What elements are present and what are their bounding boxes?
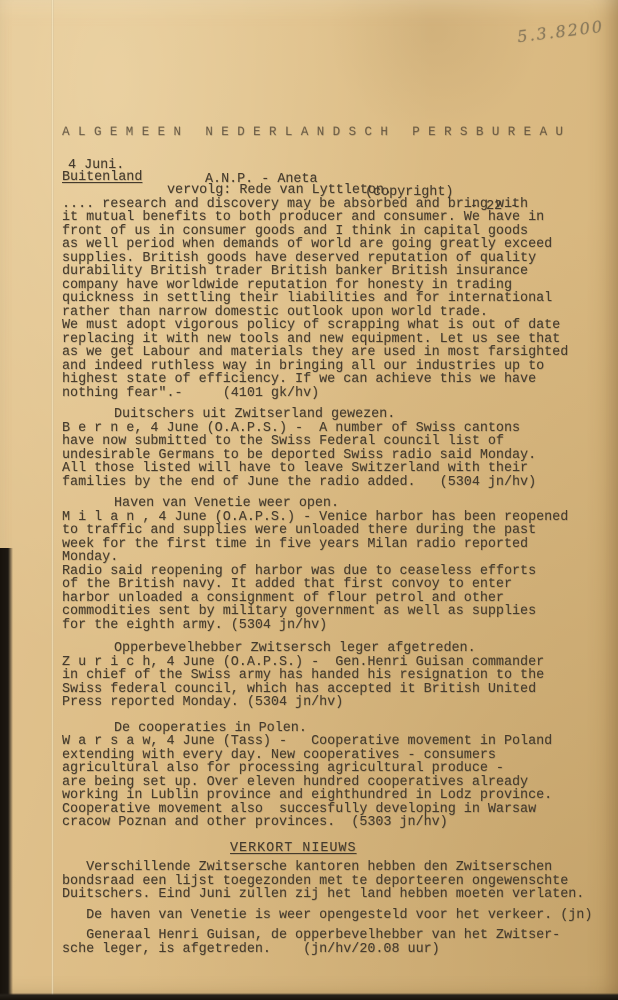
text-line: .... research and discovery may be absor… <box>62 198 610 212</box>
text-line: durability British trader British banker… <box>62 265 610 279</box>
text-line: families by the end of June the radio ad… <box>62 476 610 490</box>
text-line: B e r n e, 4 June (O.A.P.S.) - A number … <box>62 422 610 436</box>
news-item-body: B e r n e, 4 June (O.A.P.S.) - A number … <box>62 422 610 490</box>
text-line: in chief of the Swiss army has handed hi… <box>62 669 610 683</box>
news-item-heading: Haven van Venetie weer open. <box>114 497 610 511</box>
verkort-item: De haven van Venetie is weer opengesteld… <box>62 909 610 923</box>
text-line: quickness in settling their liabilities … <box>62 292 610 306</box>
text-line: Press reported Monday. (5304 jn/hv) <box>62 696 610 710</box>
text-line: Swiss federal council, which has accepte… <box>62 683 610 697</box>
bulletin-header: 4 Juni. A.N.P. - Aneta (copyright) - 22 … <box>62 146 610 160</box>
scan-edge-left <box>0 548 13 1000</box>
text-line: All those listed will have to leave Swit… <box>62 462 610 476</box>
text-line: commodities sent by military government … <box>62 605 610 619</box>
text-line: as we get Labour and materials they are … <box>62 346 610 360</box>
text-line: supplies. British goods have deserved re… <box>62 252 610 266</box>
text-line: as well period when demands of world are… <box>62 238 610 252</box>
news-item-duitschers: Duitschers uit Zwitserland gewezen. B e … <box>62 408 610 489</box>
news-item-polen: De cooperaties in Polen. W a r s a w, 4 … <box>62 722 610 830</box>
text-line: front of us in consumer goods and I thin… <box>62 225 610 239</box>
paper-fold-crease <box>51 0 54 1000</box>
typewritten-document: A L G E M E E N N E D E R L A N D S C H … <box>62 0 610 956</box>
text-line: M i l a n , 4 June (O.A.P.S.) - Venice h… <box>62 511 610 525</box>
text-line: harbor unloaded a consignment of flour p… <box>62 592 610 606</box>
text-line: to traffic and supplies were unloaded th… <box>62 524 610 538</box>
text-line: of the British navy. It added that first… <box>62 578 610 592</box>
news-item-guisan: Opperbevelhebber Zwitsersch leger afgetr… <box>62 642 610 710</box>
text-line: highest state of efficiency. If we can a… <box>62 373 610 387</box>
news-item-venetie: Haven van Venetie weer open. M i l a n ,… <box>62 497 610 632</box>
text-line: for the eighth army. (5304 jn/hv) <box>62 619 610 633</box>
lead-article-body: .... research and discovery may be absor… <box>62 198 610 401</box>
text-line: working in Lublin province and eighthund… <box>62 789 610 803</box>
text-line: and indeed ruthless way in bringing all … <box>62 360 610 374</box>
news-item-body: M i l a n , 4 June (O.A.P.S.) - Venice h… <box>62 511 610 633</box>
news-item-heading: Duitschers uit Zwitserland gewezen. <box>114 408 610 422</box>
text-line: have now submitted to the Swiss Federal … <box>62 435 610 449</box>
masthead-title: A L G E M E E N N E D E R L A N D S C H … <box>62 126 610 140</box>
text-line: nothing fear".- (4101 gk/hv) <box>62 387 610 401</box>
text-line: cracow Poznan and other provinces. (5303… <box>62 816 610 830</box>
text-line: W a r s a w, 4 June (Tass) - Cooperative… <box>62 735 610 749</box>
text-line: Duitschers. Eind Juni zullen zij het lan… <box>62 888 610 902</box>
section-title-buitenland: Buitenland <box>62 171 610 185</box>
text-line: Cooperative movement also succesfully de… <box>62 803 610 817</box>
text-line: Generaal Henri Guisan, de opperbevelhebb… <box>62 929 610 943</box>
scan-edge-bottom <box>0 993 618 1000</box>
text-line: undesirable Germans to be deported Swiss… <box>62 449 610 463</box>
text-line: sche leger, is afgetreden. (jn/hv/20.08 … <box>62 943 610 957</box>
text-line: Verschillende Zwitsersche kantoren hebbe… <box>62 861 610 875</box>
text-line: rather than narrow domestic outlook upon… <box>62 306 610 320</box>
news-item-body: W a r s a w, 4 June (Tass) - Cooperative… <box>62 735 610 830</box>
text-line: week for the first time in five years Mi… <box>62 538 610 552</box>
text-line: extending with every day. New cooperativ… <box>62 749 610 763</box>
bulletin-date: 4 Juni. <box>68 159 124 173</box>
verkort-item: Generaal Henri Guisan, de opperbevelhebb… <box>62 929 610 956</box>
text-line: We must adopt vigorous policy of scrappi… <box>62 319 610 333</box>
text-line: Z u r i c h, 4 June (O.A.P.S.) - Gen.Hen… <box>62 656 610 670</box>
text-line: company have worldwide reputation for ho… <box>62 279 610 293</box>
text-line: bondsraad een lijst toegezonden met te d… <box>62 875 610 889</box>
text-line: it mutual benefits to both producer and … <box>62 211 610 225</box>
agency-name: A.N.P. - Aneta <box>205 173 318 187</box>
text-line: are being set up. Over eleven hundred co… <box>62 776 610 790</box>
news-item-heading: De cooperaties in Polen. <box>114 722 610 736</box>
news-item-body: Z u r i c h, 4 June (O.A.P.S.) - Gen.Hen… <box>62 656 610 710</box>
document-page: 5.3.8200 A L G E M E E N N E D E R L A N… <box>0 0 618 1000</box>
verkort-item: Verschillende Zwitsersche kantoren hebbe… <box>62 861 610 902</box>
copyright-note: (copyright) <box>365 186 453 200</box>
text-line: De haven van Venetie is weer opengesteld… <box>62 909 610 923</box>
text-line: Radio said reopening of harbor was due t… <box>62 565 610 579</box>
text-line: Monday. <box>62 551 610 565</box>
page-number: - 22 - <box>470 200 518 214</box>
text-line: agricultural also for processing agricul… <box>62 762 610 776</box>
text-line: replacing it with new tools and new equi… <box>62 333 610 347</box>
news-item-heading: Opperbevelhebber Zwitsersch leger afgetr… <box>114 642 610 656</box>
verkort-nieuws-title: VERKORT NIEUWS <box>230 842 610 856</box>
